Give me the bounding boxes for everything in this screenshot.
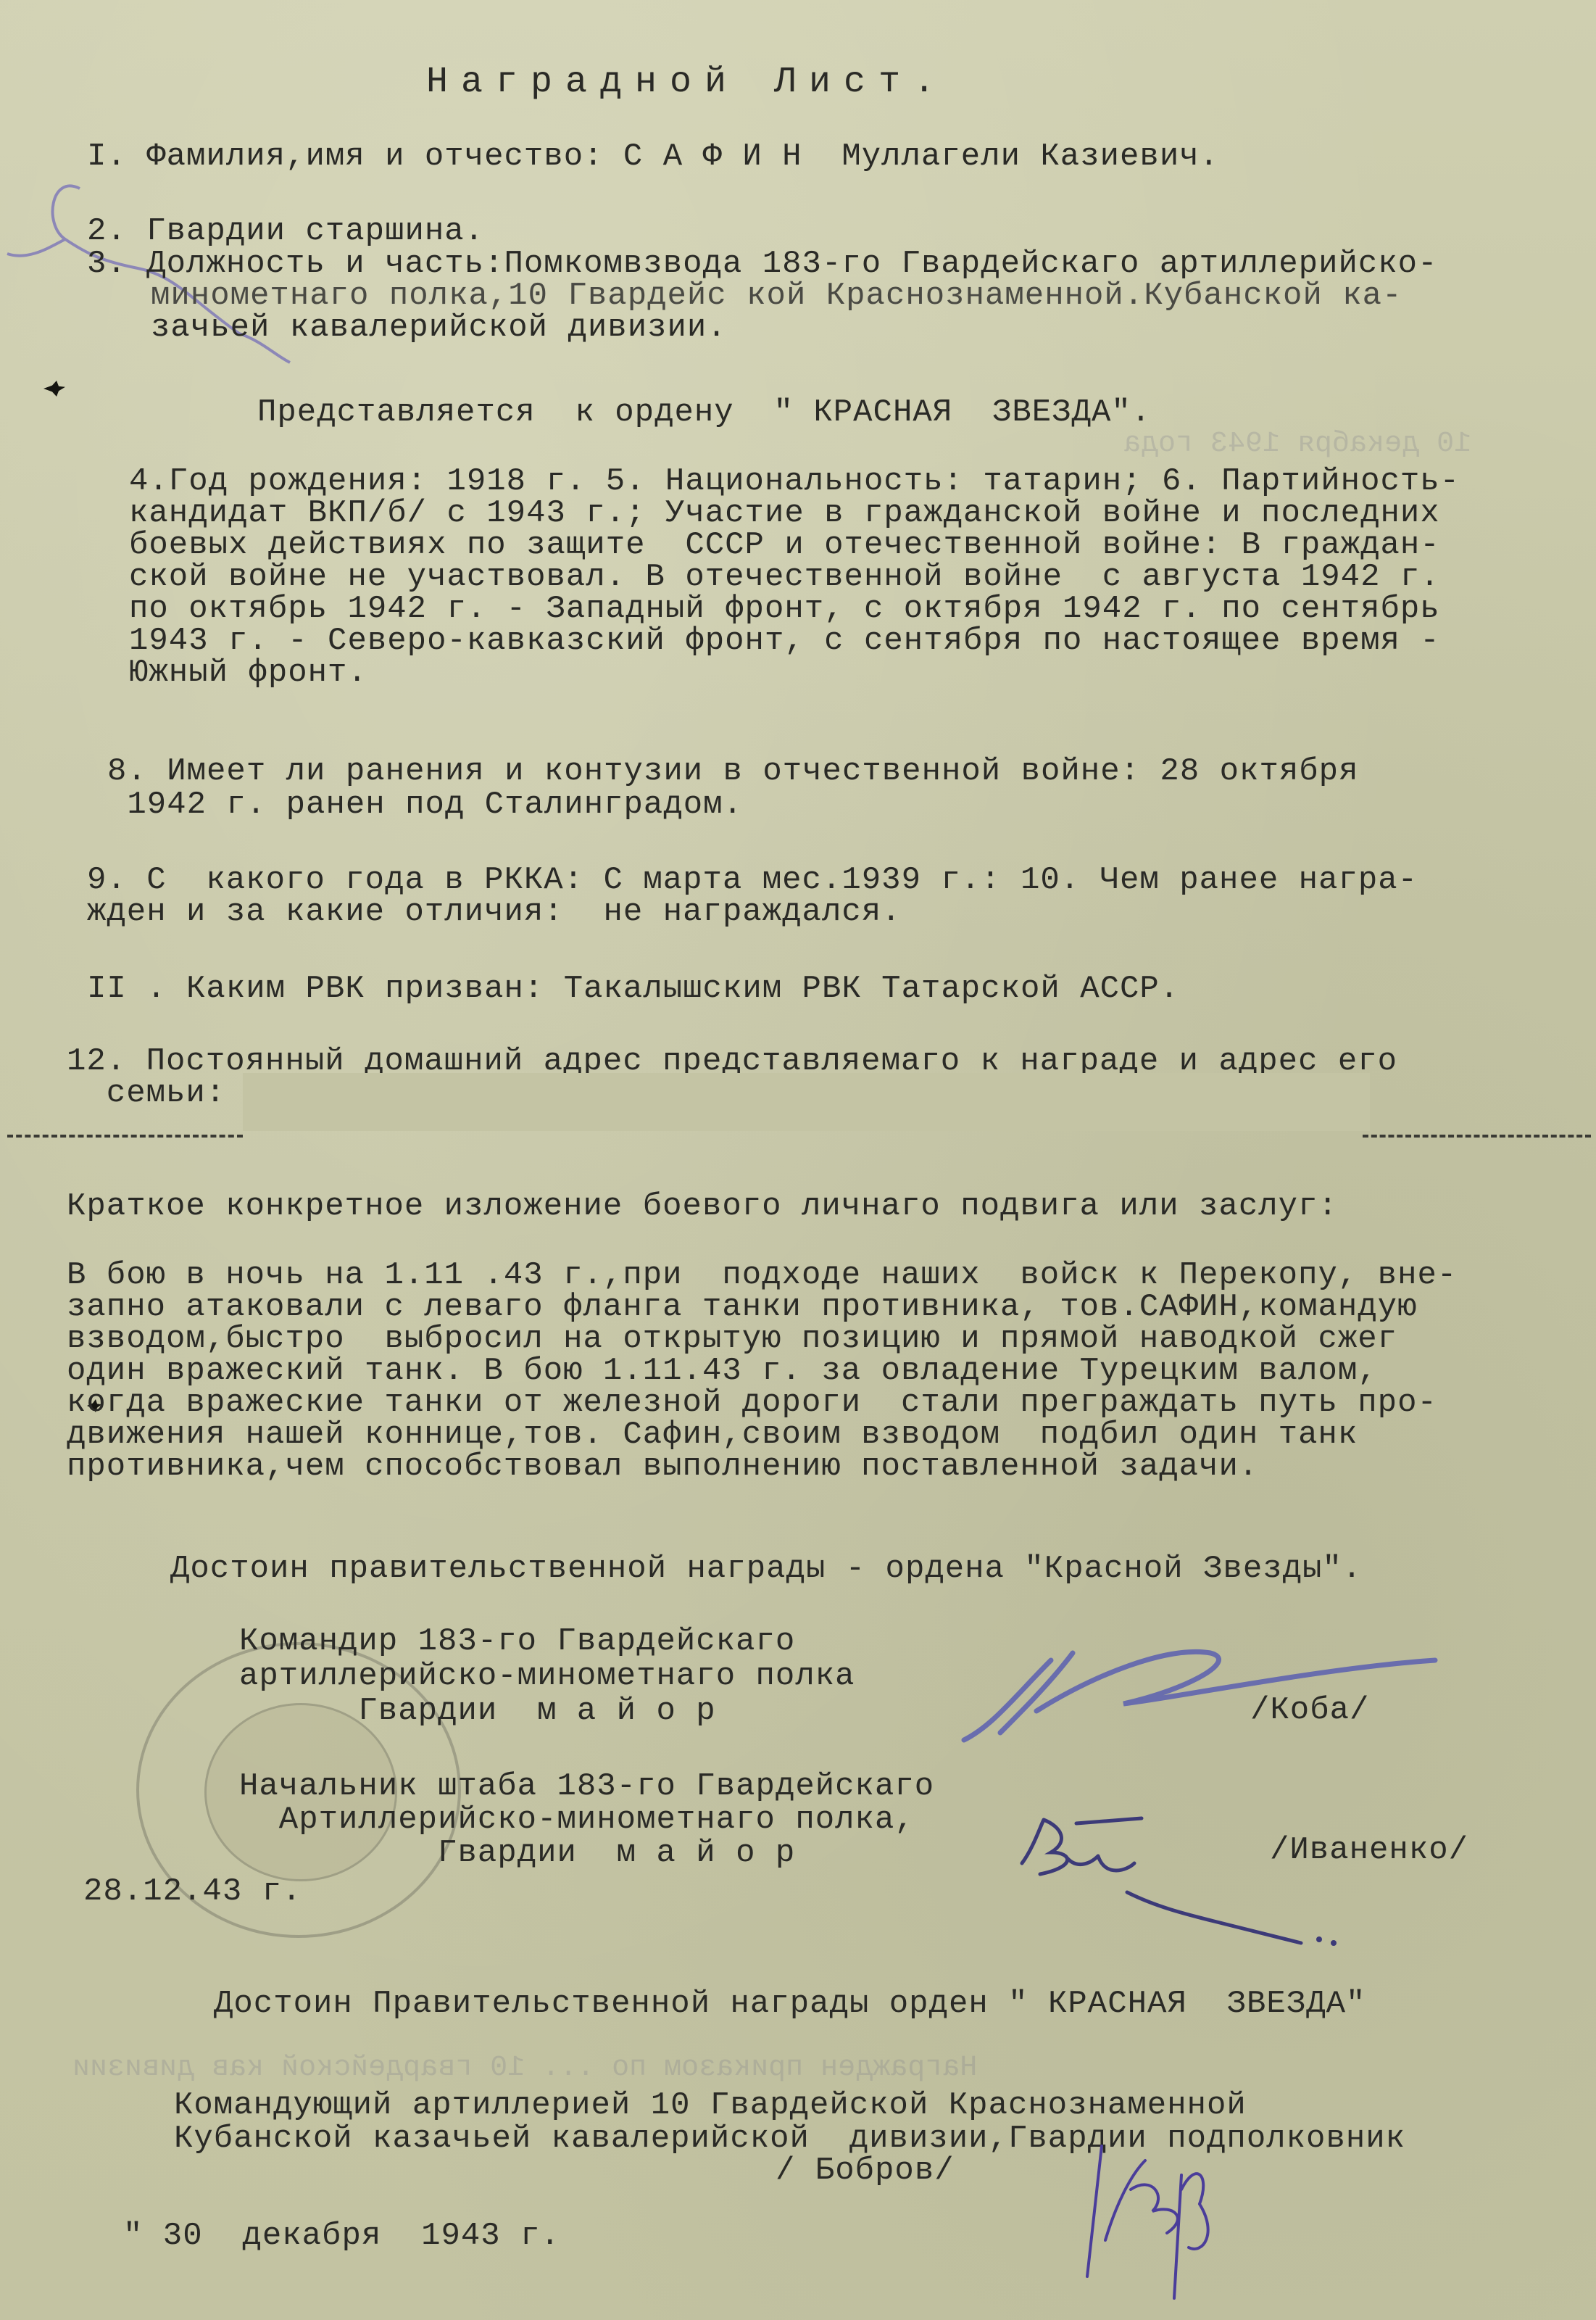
- summary-line: движения нашей коннице,тов. Сафин,своим …: [67, 1417, 1358, 1452]
- wounds-line: 1942 г. ранен под Сталинградом.: [107, 787, 743, 822]
- bio-line: 1943 г. - Северо-кавказский фронт, с сен…: [129, 623, 1440, 658]
- artillery-commander-signature: [1073, 2131, 1290, 2305]
- commander-title-line: артиллерийско-минометнаго полка: [239, 1659, 855, 1694]
- item-rank: 2. Гвардии старшина.: [87, 214, 484, 249]
- bleed-through-text: 10 декабря 1943 года: [1123, 428, 1471, 460]
- date-signed-1: 28.12.43 г.: [83, 1874, 302, 1909]
- item-position-line1: 3. Должность и часть:Помкомвзвода 183-го…: [87, 246, 1438, 281]
- artillery-commander-title-line: Командующий артиллерией 10 Гвардейской К…: [174, 2088, 1247, 2123]
- bio-line: Южный фронт.: [129, 655, 367, 690]
- item-conscription: II . Каким РВК призван: Такалышским РВК …: [87, 971, 1179, 1006]
- chief-of-staff-signature: [1011, 1812, 1388, 1957]
- wounds-line: 8. Имеет ли ранения и контузии в отчеств…: [107, 754, 1358, 789]
- item-position-line2: минометнаго полка,10 Гвардейс кой Красно…: [151, 278, 1402, 313]
- document-title: Наградной Лист.: [426, 65, 948, 100]
- summary-line: В бою в ночь на 1.11 .43 г.,при подходе …: [67, 1258, 1457, 1293]
- summary-line: один вражеский танк. В бою 1.11.43 г. за…: [67, 1354, 1378, 1388]
- date-signed-2: " 30 декабря 1943 г.: [123, 2218, 560, 2253]
- dashed-line-right: [1363, 1135, 1591, 1138]
- commander-title-line: Командир 183-го Гвардейскаго: [239, 1624, 795, 1659]
- worthy-statement-1: Достоин правительственной награды - орде…: [170, 1551, 1362, 1586]
- item-position-line3: зачьей кавалерийской дивизии.: [151, 310, 727, 345]
- nomination-line: Представляется к ордену " КРАСНАЯ ЗВЕЗДА…: [257, 395, 1151, 430]
- bio-line: 4.Год рождения: 1918 г. 5. Национальност…: [129, 464, 1460, 499]
- summary-heading: Краткое конкретное изложение боевого лич…: [67, 1189, 1338, 1224]
- bleed-through-text: Награжден приказом по ... 10 гвардейской…: [72, 2052, 1012, 2084]
- chief-of-staff-title-line: Гвардии м а й о р: [239, 1836, 795, 1870]
- dashed-line-left: [7, 1135, 243, 1138]
- bio-line: кандидат ВКП/б/ с 1943 г.; Участие в гра…: [129, 496, 1440, 531]
- bio-line: по октябрь 1942 г. - Западный фронт, с о…: [129, 592, 1440, 626]
- summary-line: взводом,быстро выбросил на открытую пози…: [67, 1322, 1397, 1356]
- summary-line: запно атаковали с леваго фланга танки пр…: [67, 1290, 1418, 1325]
- chief-of-staff-title-line: Артиллерийско-минометнаго полка,: [239, 1802, 915, 1837]
- bio-line: боевых действиях по защите СССР и отечес…: [129, 528, 1440, 563]
- summary-line: когда вражеские танки от железной дороги…: [67, 1385, 1437, 1420]
- item-full-name: I. Фамилия,имя и отчество: С А Ф И Н Мул…: [87, 139, 1219, 174]
- commander-signature: [949, 1631, 1442, 1747]
- service-line: 9. С какого года в РККА: С марта мес.193…: [87, 863, 1418, 898]
- service-line: жден и за какие отличия: не награждался.: [87, 895, 902, 929]
- summary-line: противника,чем способствовал выполнению …: [67, 1449, 1258, 1484]
- bio-line: ской войне не участвовал. В отечественно…: [129, 560, 1440, 594]
- commander-title-line: Гвардии м а й о р: [239, 1694, 716, 1728]
- worthy-statement-2: Достоин Правительственной награды орден …: [214, 1986, 1366, 2021]
- address-line: семьи:: [67, 1076, 225, 1111]
- chief-of-staff-title-line: Начальник штаба 183-го Гвардейскаго: [239, 1769, 934, 1804]
- redacted-address: [243, 1073, 1370, 1131]
- artillery-commander-name: / Бобров/: [776, 2153, 955, 2188]
